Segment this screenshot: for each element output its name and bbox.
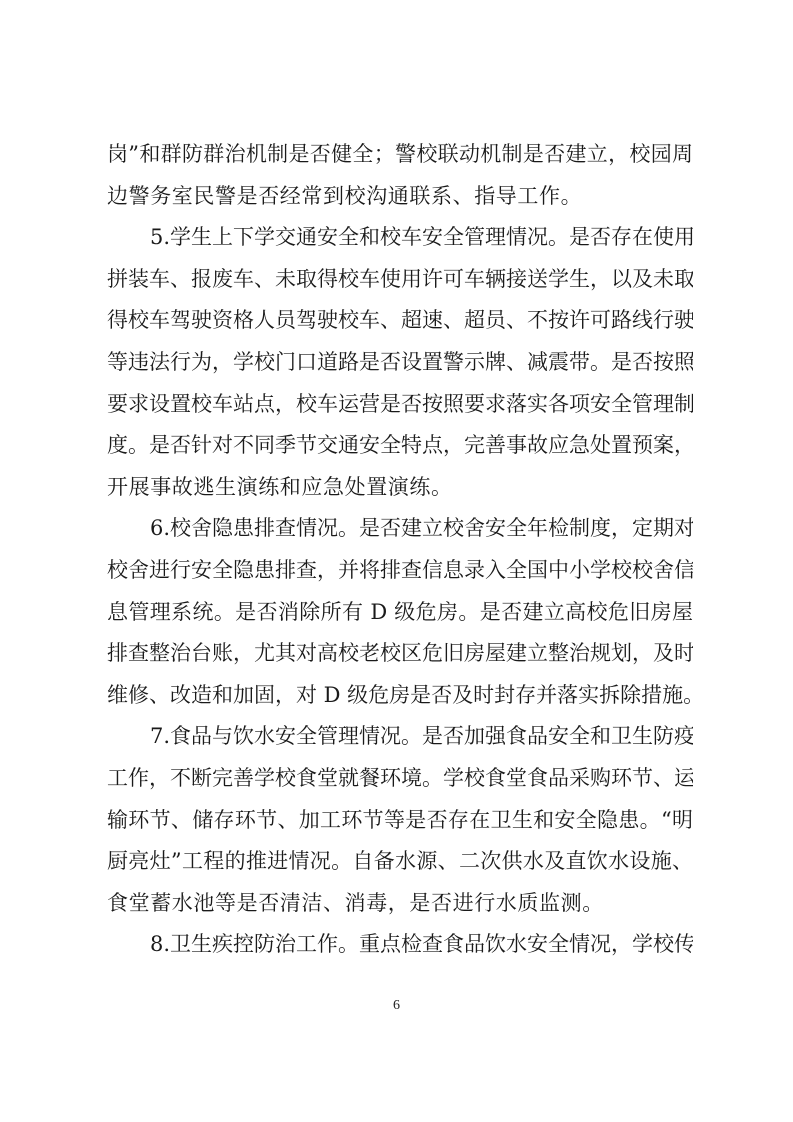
paragraph-heading-line: 5.学生上下学交通安全和校车安全管理情况。是否存在使用 [107, 217, 693, 259]
text-line: 食堂蓄水池等是否清洁、消毒，是否进行水质监测。 [107, 883, 693, 925]
text-line: 厨亮灶”工程的推进情况。自备水源、二次供水及直饮水设施、 [107, 841, 693, 883]
document-page: 岗”和群防群治机制是否健全；警校联动机制是否建立，校园周 边警务室民警是否经常到… [0, 0, 793, 1122]
text-line: 边警务室民警是否经常到校沟通联系、指导工作。 [107, 176, 693, 218]
text-line: 校舍进行安全隐患排查，并将排查信息录入全国中小学校校舍信 [107, 550, 693, 592]
text-line: 排查整治台账，尤其对高校老校区危旧房屋建立整治规划，及时 [107, 633, 693, 675]
paragraph-heading-line: 7.食品与饮水安全管理情况。是否加强食品安全和卫生防疫 [107, 716, 693, 758]
text-line: 维修、改造和加固，对 D 级危房是否及时封存并落实拆除措施。 [107, 675, 693, 717]
body-text: 岗”和群防群治机制是否健全；警校联动机制是否建立，校园周 边警务室民警是否经常到… [107, 134, 693, 966]
text-line: 度。是否针对不同季节交通安全特点，完善事故应急处置预案， [107, 425, 693, 467]
text-line: 得校车驾驶资格人员驾驶校车、超速、超员、不按许可路线行驶 [107, 300, 693, 342]
text-line: 等违法行为，学校门口道路是否设置警示牌、减震带。是否按照 [107, 342, 693, 384]
text-line: 开展事故逃生演练和应急处置演练。 [107, 467, 693, 509]
paragraph-heading-line: 8.卫生疾控防治工作。重点检查食品饮水安全情况，学校传 [107, 924, 693, 966]
paragraph-heading-line: 6.校舍隐患排查情况。是否建立校舍安全年检制度，定期对 [107, 508, 693, 550]
page-number: 6 [0, 998, 793, 1014]
text-line: 输环节、储存环节、加工环节等是否存在卫生和安全隐患。“明 [107, 800, 693, 842]
text-line: 拼装车、报废车、未取得校车使用许可车辆接送学生，以及未取 [107, 259, 693, 301]
text-line: 岗”和群防群治机制是否健全；警校联动机制是否建立，校园周 [107, 134, 693, 176]
text-line: 息管理系统。是否消除所有 D 级危房。是否建立高校危旧房屋 [107, 592, 693, 634]
text-line: 要求设置校车站点，校车运营是否按照要求落实各项安全管理制 [107, 384, 693, 426]
text-line: 工作，不断完善学校食堂就餐环境。学校食堂食品采购环节、运 [107, 758, 693, 800]
